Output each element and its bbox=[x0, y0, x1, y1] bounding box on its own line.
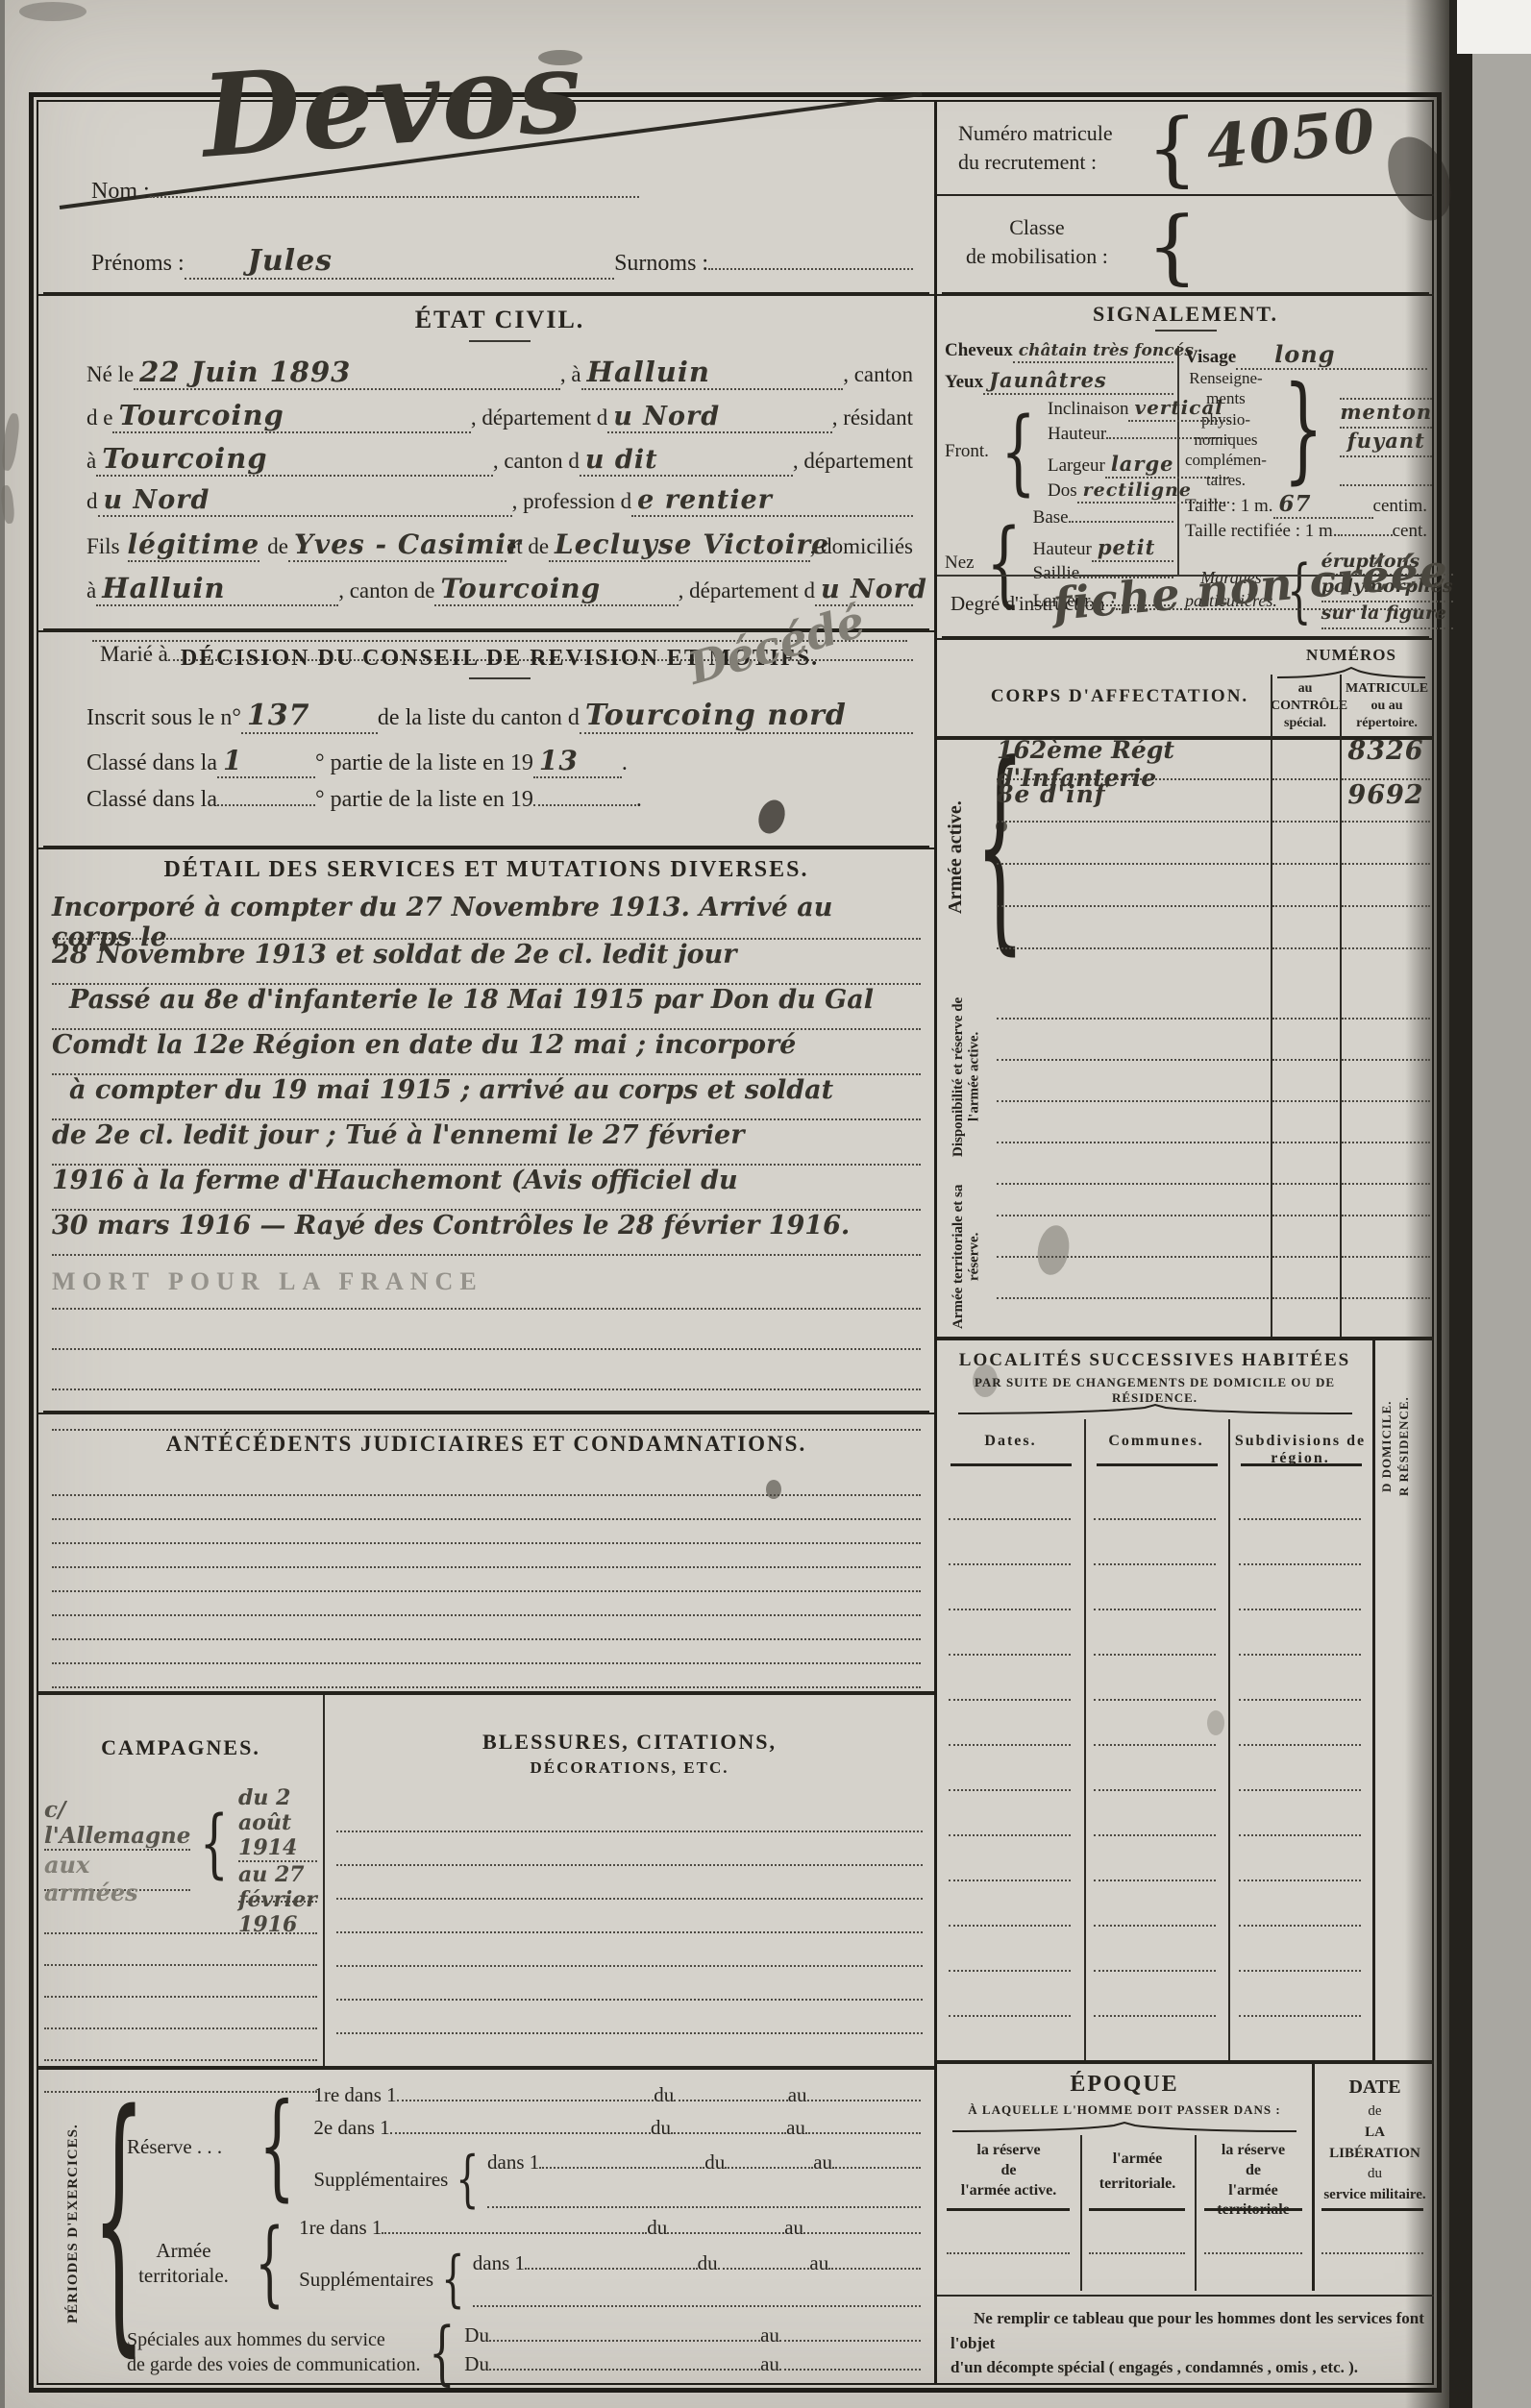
numero-matricule-value: 4050 bbox=[1203, 95, 1379, 183]
ruled-dotted-line bbox=[997, 1258, 1269, 1299]
ruled-dotted-line bbox=[52, 1640, 921, 1664]
header-rule bbox=[951, 1463, 1072, 1466]
ruled-dotted-line bbox=[336, 1967, 923, 2001]
birthplace-value: Halluin bbox=[587, 356, 710, 388]
controle-header: au bbox=[1271, 680, 1340, 698]
ruled-dotted-line bbox=[1239, 1565, 1361, 1610]
inclinaison-label: Inclinaison bbox=[1048, 399, 1128, 420]
inscrit-num-value: 137 bbox=[247, 699, 310, 732]
epoque-col1-header: la réserve bbox=[937, 2141, 1080, 2161]
classe2-num-line bbox=[217, 804, 315, 806]
title-rule bbox=[469, 677, 531, 679]
canton2-line: u dit bbox=[580, 445, 793, 477]
ruled-dotted-line bbox=[1239, 1791, 1361, 1836]
classe1-num-value: 1 bbox=[223, 745, 242, 776]
epoque-title: ÉPOQUE bbox=[937, 2072, 1312, 2098]
controle-cell bbox=[1272, 1299, 1338, 1340]
matricule-header: répertoire. bbox=[1342, 715, 1432, 732]
renseignements-label: taires. bbox=[1185, 470, 1267, 490]
canton2-value: u dit bbox=[585, 445, 658, 475]
period: . bbox=[636, 787, 642, 813]
ne-le-label: Né le bbox=[86, 362, 134, 387]
dates-header: Dates. bbox=[937, 1433, 1084, 1450]
ruled-dotted-line bbox=[949, 1475, 1071, 1520]
campagne-armees: aux armées bbox=[44, 1851, 138, 1906]
cheveux-value: châtain très foncés bbox=[1019, 341, 1194, 360]
service-text: 30 mars 1916 — Rayé des Contrôles le 28 … bbox=[52, 1211, 850, 1241]
services-title: DÉTAIL DES SERVICES ET MUTATIONS DIVERSE… bbox=[52, 857, 921, 883]
brace: } bbox=[1283, 372, 1323, 487]
residant-label: , résidant bbox=[832, 405, 913, 430]
service-text: 28 Novembre 1913 et soldat de 2e cl. led… bbox=[52, 940, 736, 970]
horizontal-brace bbox=[951, 2122, 1298, 2133]
date-liberation-header: de bbox=[1320, 2101, 1430, 2123]
horizontal-brace bbox=[1275, 667, 1427, 678]
ruled-dotted-line bbox=[949, 1927, 1071, 1972]
etat-civil-title: ÉTAT CIVIL. bbox=[86, 306, 913, 334]
ruled-dotted-line bbox=[52, 1616, 921, 1640]
ruled-dotted-line bbox=[336, 1900, 923, 1933]
ruled-dotted-line bbox=[949, 1520, 1071, 1565]
ruled-dotted-line bbox=[949, 1656, 1071, 1701]
yeux-label: Yeux bbox=[945, 372, 983, 393]
ruled-dotted-line bbox=[1239, 1520, 1361, 1565]
mort-pour-la-france-stamp: MORT POUR LA FRANCE bbox=[52, 1256, 921, 1310]
prenoms-line: Jules bbox=[185, 244, 614, 280]
title-rule bbox=[1155, 330, 1217, 332]
document-frame-inner: Devos Nom : Prénoms : Jules Surnoms : Nu… bbox=[37, 100, 1434, 2385]
ruled-dotted-line bbox=[52, 1310, 921, 1350]
au-label: au bbox=[786, 2116, 805, 2140]
ruled-dotted-line bbox=[336, 1832, 923, 1866]
matricule-header: ou au bbox=[1342, 698, 1432, 715]
matricule-cell bbox=[1342, 1299, 1430, 1340]
signalement-section: SIGNALEMENT. Cheveux châtain très foncés… bbox=[937, 294, 1434, 638]
service-text: 1916 à la ferme d'Hauchemont (Avis offic… bbox=[52, 1166, 738, 1195]
ruled-dotted-line bbox=[1094, 1881, 1216, 1927]
canton2-label: , canton d bbox=[493, 449, 580, 474]
ruled-dotted-line bbox=[336, 1799, 923, 1832]
corps-affectation-section: NUMÉROS CORPS D'AFFECTATION. au CONTRÔLE… bbox=[937, 638, 1434, 1337]
classe-mobilisation-label-1: Classe bbox=[966, 213, 1108, 242]
campagne-date: du 2 août 1914 bbox=[238, 1785, 317, 1862]
localites-subtitle: PAR SUITE DE CHANGEMENTS DE DOMICILE OU … bbox=[937, 1375, 1372, 1406]
armee-label: Armée bbox=[127, 2238, 240, 2263]
identity-header: Devos Nom : Prénoms : Jules Surnoms : bbox=[38, 102, 934, 294]
supplementaires-label: Supplémentaires bbox=[299, 2268, 433, 2292]
ruled-dotted-line bbox=[949, 1881, 1071, 1927]
ruled-dotted-line bbox=[1239, 1475, 1361, 1520]
birthplace-line: Halluin bbox=[581, 356, 844, 390]
page-edge-band bbox=[1449, 0, 1472, 2408]
matricule-cell: 9692 bbox=[1342, 780, 1430, 823]
du-label: du bbox=[651, 2116, 671, 2140]
brace: { bbox=[1147, 108, 1198, 188]
renseignements-label: physio- bbox=[1185, 409, 1267, 430]
matricule-cell bbox=[1342, 1020, 1430, 1061]
ruled-dotted-line bbox=[997, 1299, 1269, 1340]
territoriale-label: territoriale. bbox=[127, 2263, 240, 2288]
corps-affectation-title: CORPS D'AFFECTATION. bbox=[975, 686, 1264, 707]
horizontal-brace bbox=[956, 1404, 1354, 1415]
fils-label: Fils bbox=[86, 534, 120, 559]
matricule-value: 8326 bbox=[1347, 736, 1423, 766]
base-label: Base bbox=[1033, 507, 1069, 528]
service-line: 30 mars 1916 — Rayé des Contrôles le 28 … bbox=[52, 1211, 921, 1256]
renseignements-label: ments bbox=[1185, 388, 1267, 408]
canton3-line: Tourcoing bbox=[434, 573, 678, 606]
classe2-mid-label: ° partie de la liste en 19 bbox=[315, 787, 533, 813]
controle-cell bbox=[1272, 1020, 1338, 1061]
antecedents-title: ANTÉCÉDENTS JUDICIAIRES ET CONDAMNATIONS… bbox=[52, 1432, 921, 1457]
domicile-side-label: D DOMICILE. bbox=[1379, 1360, 1395, 1533]
departement3-value: u Nord bbox=[104, 485, 210, 515]
service-line: Comdt la 12e Région en date du 12 mai ; … bbox=[52, 1030, 921, 1075]
dos-label: Dos bbox=[1048, 480, 1077, 502]
antecedents-section: ANTÉCÉDENTS JUDICIAIRES ET CONDAMNATIONS… bbox=[38, 1413, 934, 1691]
campagne-date-debut: du 2 août 1914 bbox=[238, 1785, 297, 1860]
du-label: Du bbox=[464, 2323, 489, 2347]
ruled-dotted-line bbox=[949, 1836, 1071, 1881]
epoque-subtitle: À LAQUELLE L'HOMME DOIT PASSER DANS : bbox=[937, 2102, 1312, 2118]
a3-label: à bbox=[86, 578, 96, 603]
departement3-line: u Nord bbox=[98, 485, 512, 517]
scan-margin bbox=[1472, 0, 1531, 2408]
mere-value: Lecluyse Victoire bbox=[555, 528, 829, 560]
blessures-subtitle: DÉCORATIONS, ETC. bbox=[336, 1758, 923, 1778]
service-text: de 2e cl. ledit jour ; Tué à l'ennemi le… bbox=[52, 1120, 744, 1150]
service-line: 1916 à la ferme d'Hauchemont (Avis offic… bbox=[52, 1166, 921, 1211]
periodes-section: PÉRIODES D'EXERCICES. { Réserve . . . { … bbox=[38, 2066, 934, 2379]
ruled-dotted-line bbox=[44, 2029, 317, 2061]
ruled-dotted-line bbox=[44, 1966, 317, 1998]
visage-line: long bbox=[1236, 340, 1427, 370]
du-label: du bbox=[647, 2216, 667, 2240]
ruled-dotted-line bbox=[1089, 2252, 1185, 2254]
matricule-cell bbox=[1342, 1216, 1430, 1258]
ruled-dotted-line bbox=[1239, 1656, 1361, 1701]
departement-value: u Nord bbox=[613, 402, 720, 431]
ruled-dotted-line bbox=[949, 2017, 1071, 2062]
table-vline-bold bbox=[1372, 1340, 1375, 2060]
ruled-dotted-line bbox=[949, 1791, 1071, 1836]
classe2-year-line bbox=[533, 804, 636, 806]
du-label: du bbox=[704, 2150, 725, 2175]
premiere-dans-label: 1re dans 1 bbox=[313, 2083, 396, 2107]
left-edge bbox=[0, 0, 5, 2408]
periode-line bbox=[832, 2167, 921, 2169]
inscrit-label: Inscrit sous le n° bbox=[86, 705, 241, 731]
controle-header: spécial. bbox=[1271, 715, 1340, 732]
canton3-label: , canton de bbox=[338, 578, 434, 603]
de-label: d e bbox=[86, 405, 112, 430]
yeux-value: Jaunâtres bbox=[989, 368, 1107, 392]
ruled-dotted-line bbox=[52, 1568, 921, 1592]
periode-line bbox=[807, 2100, 921, 2101]
ruled-dotted-line bbox=[52, 1472, 921, 1496]
signalement-title: SIGNALEMENT. bbox=[937, 302, 1434, 327]
ruled-dotted-line bbox=[1094, 1565, 1216, 1610]
disponibilite-label: Disponibilité et réserve de l'armée acti… bbox=[951, 978, 979, 1175]
epoque-col1-header: l'armée active. bbox=[937, 2181, 1080, 2201]
departement-label: , département d bbox=[471, 405, 607, 430]
taille-label: Taille : 1 m. bbox=[1185, 496, 1273, 517]
surname-signature: Devos bbox=[198, 23, 587, 183]
ruled-dotted-line bbox=[52, 1350, 921, 1390]
dans-label: dans 1 bbox=[473, 2251, 525, 2275]
du-label: du bbox=[654, 2083, 674, 2107]
date-liberation-header: service militaire. bbox=[1320, 2185, 1430, 2206]
renseignements-label: complémen- bbox=[1185, 450, 1267, 470]
brace: { bbox=[259, 2089, 295, 2204]
ruled-dotted-line bbox=[997, 907, 1269, 949]
campagnes-blessures-section: CAMPAGNES. c/ l'Allemagne aux armées { d… bbox=[38, 1691, 934, 2066]
periodes-side-label: PÉRIODES D'EXERCICES. bbox=[65, 2089, 82, 2358]
campagne-row: aux armées bbox=[44, 1851, 190, 1891]
taille-rectifiee-label: Taille rectifiée : 1 m. bbox=[1185, 521, 1338, 542]
domicile-value: Halluin bbox=[102, 572, 225, 604]
armee-active-label: Armée active. bbox=[945, 736, 967, 978]
front-label: Front. bbox=[945, 441, 989, 462]
ruled-dotted-line bbox=[1321, 2252, 1423, 2254]
ruled-dotted-line bbox=[487, 2179, 921, 2208]
scanned-military-record-page: Devos Nom : Prénoms : Jules Surnoms : Nu… bbox=[0, 0, 1531, 2408]
matricule-cell bbox=[1342, 907, 1430, 949]
inscrit-num-line: 137 bbox=[241, 699, 378, 734]
ruled-dotted-line bbox=[949, 1565, 1071, 1610]
ruled-dotted-line bbox=[1239, 1836, 1361, 1881]
au-label: au bbox=[784, 2216, 803, 2240]
dos-value: rectiligne bbox=[1083, 479, 1192, 501]
d-label: d bbox=[86, 489, 98, 514]
inscrit-mid-label: de la liste du canton d bbox=[378, 705, 580, 731]
classe1-num-line: 1 bbox=[217, 745, 315, 778]
matricule-cell: 8326 bbox=[1342, 736, 1430, 780]
periode-line bbox=[725, 2167, 813, 2169]
inscrit-canton-line: Tourcoing nord bbox=[580, 699, 913, 734]
brace: { bbox=[456, 2149, 479, 2210]
matricule-cell bbox=[1342, 1175, 1430, 1216]
au-label: au bbox=[813, 2150, 832, 2175]
etat-civil-section: ÉTAT CIVIL. Né le 22 Juin 1893 , à Hallu… bbox=[38, 294, 934, 630]
speciales-label-2: de garde des voies de communication. bbox=[127, 2352, 420, 2377]
periode-line bbox=[828, 2268, 921, 2270]
au-label: au bbox=[760, 2323, 779, 2347]
epoque-col1-header: de bbox=[937, 2161, 1080, 2181]
profession-label: , profession d bbox=[512, 489, 632, 514]
ruled-dotted-line bbox=[473, 2280, 921, 2307]
ruled-dotted-line bbox=[1239, 1610, 1361, 1656]
prenoms-label: Prénoms : bbox=[91, 251, 185, 277]
periode-line bbox=[525, 2268, 698, 2270]
ruled-dotted-line bbox=[52, 1520, 921, 1544]
periode-line bbox=[805, 2132, 921, 2134]
ruled-dotted-line bbox=[44, 1934, 317, 1966]
date-liberation-header: du bbox=[1320, 2164, 1430, 2185]
service-line: 28 Novembre 1913 et soldat de 2e cl. led… bbox=[52, 940, 921, 985]
ruled-dotted-line bbox=[1239, 1701, 1361, 1746]
birthdate-line: 22 Juin 1893 bbox=[134, 356, 560, 390]
epoque-col2-header: l'armée bbox=[1080, 2147, 1195, 2172]
visage-label: Visage bbox=[1185, 347, 1236, 368]
du-label: du bbox=[698, 2251, 718, 2275]
canton-line: Tourcoing bbox=[112, 399, 470, 433]
du-label: Du bbox=[464, 2352, 489, 2376]
controle-cell bbox=[1272, 865, 1338, 907]
a-label: à bbox=[86, 449, 96, 474]
ruled-dotted-line bbox=[949, 1972, 1071, 2017]
mere-line: Lecluyse Victoire bbox=[549, 528, 810, 562]
taille-rectifiee-suffix: cent. bbox=[1393, 521, 1427, 542]
matricule-value: 9692 bbox=[1347, 780, 1423, 810]
ruled-dotted-line bbox=[1094, 2017, 1216, 2062]
brace: { bbox=[1147, 206, 1198, 286]
header-rule bbox=[1089, 2208, 1185, 2211]
ruled-dotted-line bbox=[1239, 1746, 1361, 1791]
campagnes-title: CAMPAGNES. bbox=[44, 1735, 317, 1760]
periode-line bbox=[718, 2268, 810, 2270]
residence-side-label: R RÉSIDENCE. bbox=[1396, 1360, 1412, 1533]
controle-header: CONTRÔLE bbox=[1271, 698, 1340, 715]
a-label: , à bbox=[560, 362, 581, 387]
controle-cell bbox=[1272, 736, 1338, 780]
epoque-col3-header: l'armée territoriale bbox=[1195, 2181, 1312, 2222]
speciales-label-1: Spéciales aux hommes du service bbox=[127, 2327, 420, 2352]
ruled-dotted-line bbox=[997, 1020, 1269, 1061]
controle-cell bbox=[1272, 1175, 1338, 1216]
matricule-header: MATRICULE bbox=[1342, 680, 1432, 698]
dans-label: dans 1 bbox=[487, 2150, 539, 2175]
au-label: au bbox=[788, 2083, 807, 2107]
renseignements-value-line: fuyant bbox=[1340, 429, 1432, 457]
front-largeur-value: large bbox=[1111, 452, 1174, 476]
fils-legitime-value: légitime bbox=[128, 528, 260, 562]
ruled-dotted-line bbox=[1094, 1475, 1216, 1520]
matricule-cell bbox=[1342, 1102, 1430, 1143]
blessures-title: BLESSURES, CITATIONS, bbox=[336, 1730, 923, 1755]
supplementaires-label: Supplémentaires bbox=[313, 2168, 448, 2192]
communes-header: Communes. bbox=[1084, 1433, 1228, 1450]
profession-value: e rentier bbox=[637, 485, 773, 515]
periode-line bbox=[539, 2167, 704, 2169]
domicilies-label: , domiciliés bbox=[810, 534, 913, 559]
controle-cell bbox=[1272, 1102, 1338, 1143]
de2-label: de bbox=[267, 534, 288, 559]
document-frame: Devos Nom : Prénoms : Jules Surnoms : Nu… bbox=[29, 92, 1442, 2393]
matricule-cell bbox=[1342, 1061, 1430, 1102]
ruled-dotted-line bbox=[1094, 1836, 1216, 1881]
matricule-cell bbox=[1342, 823, 1430, 865]
renseignements-value-2: fuyant bbox=[1347, 429, 1425, 453]
classe1-label: Classé dans la bbox=[86, 750, 217, 776]
ruled-dotted-line bbox=[997, 1175, 1269, 1216]
front-largeur-label: Largeur bbox=[1048, 455, 1105, 477]
departement2-label: , département bbox=[793, 449, 913, 474]
front-hauteur-label: Hauteur bbox=[1048, 424, 1106, 445]
table-vline-bold bbox=[1312, 2064, 1315, 2291]
taille-rectifiee-line bbox=[1338, 534, 1393, 536]
brace: { bbox=[255, 2217, 284, 2309]
numeros-header: NUMÉROS bbox=[1271, 646, 1432, 665]
et-de-label: et de bbox=[506, 534, 549, 559]
residence-line: Tourcoing bbox=[96, 442, 493, 477]
ruled-dotted-line bbox=[1239, 2017, 1361, 2062]
profession-line: e rentier bbox=[631, 485, 913, 517]
periode-line bbox=[382, 2232, 647, 2234]
classe-mobilisation-label-2: de mobilisation : bbox=[966, 242, 1108, 271]
ink-smudge bbox=[19, 2, 86, 21]
corps-entry: 162ème Régt d'Infanterie bbox=[997, 736, 1269, 780]
periode-line bbox=[674, 2100, 787, 2101]
renseignements-label: nomiques bbox=[1185, 430, 1267, 450]
service-line: Incorporé à compter du 27 Novembre 1913.… bbox=[52, 893, 921, 940]
ruled-dotted-line bbox=[1239, 1927, 1361, 1972]
ruled-dotted-line bbox=[997, 978, 1269, 1020]
ruled-dotted-line bbox=[947, 2252, 1070, 2254]
service-line: Passé au 8e d'infanterie le 18 Mai 1915 … bbox=[52, 985, 921, 1030]
brace: { bbox=[200, 1806, 229, 1881]
nez-hauteur-label: Hauteur bbox=[1033, 539, 1092, 560]
service-line: de 2e cl. ledit jour ; Tué à l'ennemi le… bbox=[52, 1120, 921, 1166]
header-rule bbox=[1241, 1463, 1362, 1466]
localites-title: LOCALITÉS SUCCESSIVES HABITÉES bbox=[937, 1350, 1372, 1371]
departement-line: u Nord bbox=[607, 402, 831, 433]
controle-cell bbox=[1272, 978, 1338, 1020]
taille-suffix: centim. bbox=[1373, 496, 1427, 517]
controle-cell bbox=[1272, 823, 1338, 865]
ruled-dotted-line bbox=[1340, 457, 1432, 486]
periode-line bbox=[779, 2340, 921, 2342]
header-rule bbox=[1097, 1463, 1218, 1466]
au-label: au bbox=[809, 2251, 828, 2275]
periode-line bbox=[779, 2369, 921, 2371]
ruled-dotted-line bbox=[336, 2001, 923, 2034]
surnoms-line bbox=[708, 268, 913, 270]
scan-corner bbox=[1457, 0, 1531, 54]
ruled-dotted-line bbox=[1094, 1746, 1216, 1791]
service-text: à compter du 19 mai 1915 ; arrivé au cor… bbox=[69, 1075, 833, 1105]
nez-hauteur-value: petit bbox=[1098, 535, 1155, 559]
ruled-dotted-line bbox=[52, 1592, 921, 1616]
ruled-dotted-line bbox=[52, 1544, 921, 1568]
pere-value: Yves - Casimir bbox=[294, 528, 522, 560]
campagne-date: au 27 février 1916 bbox=[238, 1862, 317, 1903]
ruled-dotted-line bbox=[1094, 1927, 1216, 1972]
periode-line bbox=[390, 2132, 651, 2134]
header-rule bbox=[947, 2208, 1070, 2211]
prenoms-value: Jules bbox=[248, 244, 333, 278]
matricule-cell bbox=[1342, 1258, 1430, 1299]
nom-label: Nom : bbox=[91, 179, 150, 205]
epoque-note: Ne remplir ce tableau que pour les homme… bbox=[951, 2306, 1424, 2355]
title-rule bbox=[469, 340, 531, 342]
subdivisions-header: Subdivisions de région. bbox=[1228, 1433, 1372, 1467]
header-rule bbox=[1321, 2208, 1423, 2211]
base-line bbox=[1069, 521, 1173, 523]
ruled-dotted-line bbox=[949, 1610, 1071, 1656]
brace: { bbox=[441, 2248, 464, 2310]
ruled-dotted-line bbox=[1094, 1701, 1216, 1746]
matricule-cell bbox=[1342, 865, 1430, 907]
epoque-col3-header: la réserve bbox=[1195, 2141, 1312, 2161]
localites-section: LOCALITÉS SUCCESSIVES HABITÉES PAR SUITE… bbox=[937, 1337, 1434, 2060]
numero-matricule-label-2: du recrutement : bbox=[958, 148, 1113, 177]
departement4-label: , département d bbox=[679, 578, 815, 603]
epoque-note: d'un décompte spécial ( engagés , condam… bbox=[951, 2355, 1424, 2380]
ruled-dotted-line bbox=[44, 1998, 317, 2029]
ruled-dotted-line bbox=[949, 1746, 1071, 1791]
canton-value: Tourcoing bbox=[118, 399, 284, 431]
